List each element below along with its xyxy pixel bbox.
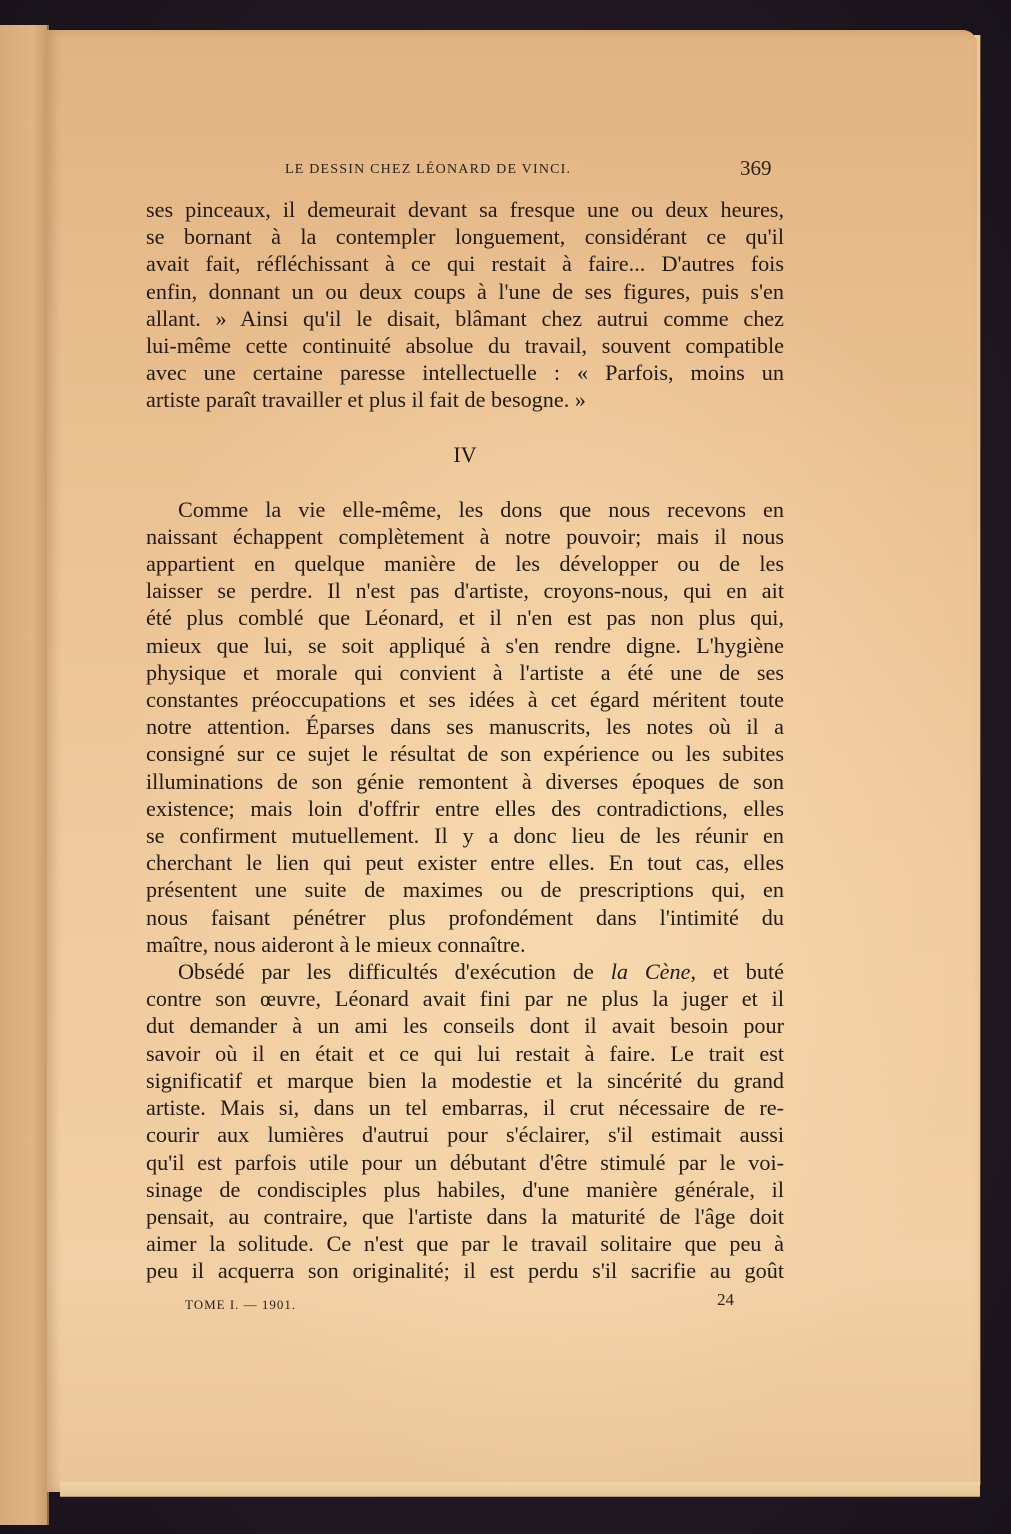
text-line: avec une certaine paresse intellectuelle… <box>146 359 784 386</box>
text-line: présentent une suite de maximes ou de pr… <box>146 876 784 903</box>
text-line: se bornant à la contempler longuement, c… <box>146 223 784 250</box>
text-line: notre attention. Éparses dans ses manusc… <box>146 713 784 740</box>
paragraph-3: Obsédé par les difficultés d'exécution d… <box>146 958 784 1284</box>
text-line: Obsédé par les difficultés d'exécution d… <box>146 958 784 985</box>
text-line: savoir où il en était et ce qui lui rest… <box>146 1040 784 1067</box>
text-line: significatif et marque bien la modestie … <box>146 1067 784 1094</box>
text-line: avait fait, réfléchissant à ce qui resta… <box>146 250 784 277</box>
paragraph-2: Comme la vie elle-même, les dons que nou… <box>146 496 784 958</box>
text-line: mieux que lui, se soit appliqué à s'en r… <box>146 632 784 659</box>
text-line: contre son œuvre, Léonard avait fini par… <box>146 985 784 1012</box>
text-line: enfin, donnant un ou deux coups à l'une … <box>146 278 784 305</box>
text-line: existence; mais loin d'offrir entre elle… <box>146 795 784 822</box>
text-line: illuminations de son génie remontent à d… <box>146 768 784 795</box>
text-fragment: Obsédé par les difficultés d'exécution d… <box>178 959 611 984</box>
text-line: qu'il est parfois utile pour un débutant… <box>146 1149 784 1176</box>
text-line: peu il acquerra son originalité; il est … <box>146 1257 784 1284</box>
text-line: lui-même cette continuité absolue du tra… <box>146 332 784 359</box>
text-line: laisser se perdre. Il n'est pas d'artist… <box>146 577 784 604</box>
body-text: ses pinceaux, il demeurait devant sa fre… <box>146 196 784 1285</box>
text-line: courir aux lumières d'autrui pour s'écla… <box>146 1121 784 1148</box>
text-line: sinage de condisciples plus habiles, d'u… <box>146 1176 784 1203</box>
signature-mark: TOME I. — 1901. <box>185 1297 296 1313</box>
text-line: ses pinceaux, il demeurait devant sa fre… <box>146 196 784 223</box>
text-line: allant. » Ainsi qu'il le disait, blâmant… <box>146 305 784 332</box>
text-fragment: , et buté <box>690 959 784 984</box>
text-line: Comme la vie elle-même, les dons que nou… <box>146 496 784 523</box>
text-line: consigné sur ce sujet le résultat de son… <box>146 740 784 767</box>
text-line: nous faisant pénétrer plus profondément … <box>146 904 784 931</box>
facing-page-edge <box>0 25 49 1525</box>
text-line: se confirment mutuellement. Il y a donc … <box>146 822 784 849</box>
text-line: physique et morale qui convient à l'arti… <box>146 659 784 686</box>
section-heading: IV <box>146 441 784 468</box>
text-line: artiste. Mais si, dans un tel embarras, … <box>146 1094 784 1121</box>
paragraph-1: ses pinceaux, il demeurait devant sa fre… <box>146 196 784 414</box>
text-line: maître, nous aideront à le mieux connaît… <box>146 931 784 958</box>
text-line: naissant échappent complètement à notre … <box>146 523 784 550</box>
text-line: pensait, au contraire, que l'artiste dan… <box>146 1203 784 1230</box>
artwork-title: la Cène <box>611 959 691 984</box>
text-line: dut demander à un ami les conseils dont … <box>146 1012 784 1039</box>
text-line: cherchant le lien qui peut exister entre… <box>146 849 784 876</box>
text-line: été plus comblé que Léonard, et il n'en … <box>146 604 784 631</box>
page-bottom-edge <box>60 1482 980 1497</box>
text-line: artiste paraît travailler et plus il fai… <box>146 386 784 413</box>
text-line: aimer la solitude. Ce n'est que par le t… <box>146 1230 784 1257</box>
text-line: appartient en quelque manière de les dév… <box>146 550 784 577</box>
running-head: LE DESSIN CHEZ LÉONARD DE VINCI. <box>285 162 571 178</box>
signature-number: 24 <box>717 1290 734 1310</box>
page-number: 369 <box>740 156 772 181</box>
text-line: constantes préoccupations et ses idées à… <box>146 686 784 713</box>
